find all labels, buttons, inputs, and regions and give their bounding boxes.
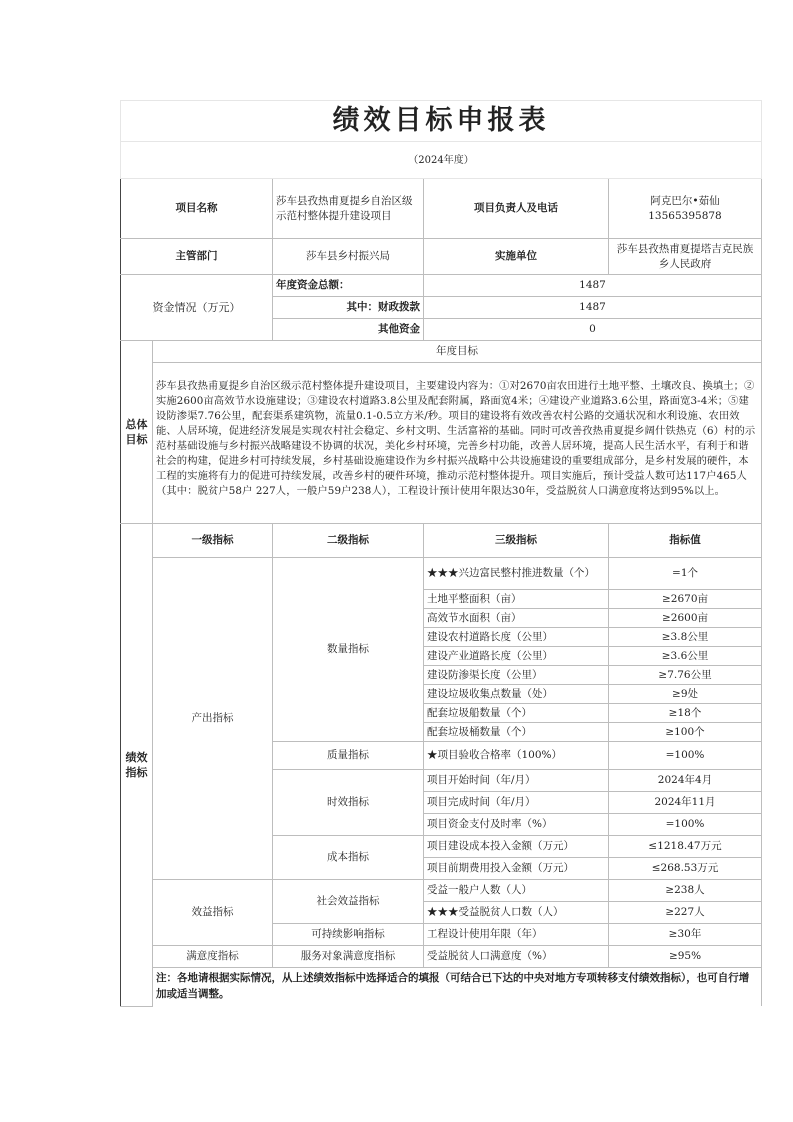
indicator-value: =100% (609, 814, 762, 836)
level2-sustainable: 可持续影响指标 (273, 924, 424, 946)
project-name-value: 莎车县孜热甫夏提乡自治区级示范村整体提升建设项目 (273, 179, 424, 239)
annual-goal-text: 莎车县孜热甫夏提乡自治区级示范村整体提升建设项目，主要建设内容为：①对2670亩… (153, 363, 762, 524)
form-table: 绩效目标申报表 （2024年度） 项目名称 莎车县孜热甫夏提乡自治区级示范村整体… (120, 100, 762, 1007)
indicator-value: ≥2670亩 (609, 590, 762, 609)
funds-total-label: 年度资金总额： (273, 275, 424, 297)
indicator-value: ≥100个 (609, 723, 762, 742)
indicator-name: 配套垃圾桶数量（个） (424, 723, 609, 742)
indicator-value: ≥238人 (609, 880, 762, 902)
level1-benefit: 效益指标 (153, 880, 273, 946)
indicator-value: ≥95% (609, 946, 762, 968)
project-leader-label: 项目负责人及电话 (424, 179, 609, 239)
indicator-value: ≥30年 (609, 924, 762, 946)
project-name-label: 项目名称 (121, 179, 273, 239)
header-level1: 一级指标 (153, 524, 273, 558)
indicator-name: 配套垃圾船数量（个） (424, 704, 609, 723)
indicator-name: 项目前期费用投入金额（万元） (424, 858, 609, 880)
indicator-name: 受益脱贫人口满意度（%） (424, 946, 609, 968)
annual-goal-header: 年度目标 (153, 341, 762, 363)
indicator-name: 项目完成时间（年/月） (424, 792, 609, 814)
indicator-name: ★★★受益脱贫人口数（人） (424, 902, 609, 924)
indicator-name: ★★★兴边富民整村推进数量（个） (424, 558, 609, 590)
impl-unit-label: 实施单位 (424, 239, 609, 275)
indicator-name: 项目建设成本投入金额（万元） (424, 836, 609, 858)
header-level3: 三级指标 (424, 524, 609, 558)
form-year: （2024年度） (121, 142, 762, 179)
indicator-name: 土地平整面积（亩） (424, 590, 609, 609)
level2-quality: 质量指标 (273, 742, 424, 770)
funds-other-value: 0 (424, 319, 762, 341)
indicator-name: 建设垃圾收集点数量（处） (424, 685, 609, 704)
level2-social: 社会效益指标 (273, 880, 424, 924)
level2-timeliness: 时效指标 (273, 770, 424, 836)
indicator-name: 建设产业道路长度（公里） (424, 647, 609, 666)
indicator-value: ≥3.8公里 (609, 628, 762, 647)
funds-fiscal-label: 其中：财政拨款 (273, 297, 424, 319)
dept-label: 主管部门 (121, 239, 273, 275)
indicator-value: ≤1218.47万元 (609, 836, 762, 858)
indicator-value: ≥3.6公里 (609, 647, 762, 666)
dept-value: 莎车县乡村振兴局 (273, 239, 424, 275)
funds-other-label: 其他资金 (273, 319, 424, 341)
indicator-value: =100% (609, 742, 762, 770)
header-value: 指标值 (609, 524, 762, 558)
funds-label: 资金情况（万元） (121, 275, 273, 341)
indicator-value: ≥9处 (609, 685, 762, 704)
level1-output: 产出指标 (153, 558, 273, 880)
indicator-name: 工程设计使用年限（年） (424, 924, 609, 946)
indicator-value: ≥227人 (609, 902, 762, 924)
form-title: 绩效目标申报表 (121, 101, 762, 142)
level2-quantity: 数量指标 (273, 558, 424, 742)
level1-satisfaction: 满意度指标 (153, 946, 273, 968)
indicator-value: ≥2600亩 (609, 609, 762, 628)
indicator-value: 2024年4月 (609, 770, 762, 792)
leader-name: 阿克巴尔•茹仙 (612, 194, 758, 209)
indicator-name: 项目资金支付及时率（%） (424, 814, 609, 836)
leader-phone: 13565395878 (612, 209, 758, 224)
form-note: 注：各地请根据实际情况，从上述绩效指标中选择适合的填报（可结合已下达的中央对地方… (153, 968, 762, 1007)
indicator-value: =1个 (609, 558, 762, 590)
project-leader-value: 阿克巴尔•茹仙 13565395878 (609, 179, 762, 239)
indicator-value: ≥18个 (609, 704, 762, 723)
funds-fiscal-value: 1487 (424, 297, 762, 319)
level2-cost: 成本指标 (273, 836, 424, 880)
indicator-name: 建设农村道路长度（公里） (424, 628, 609, 647)
indicator-name: 受益一般户人数（人） (424, 880, 609, 902)
performance-indicator-label: 绩效指标 (121, 524, 153, 1007)
header-level2: 二级指标 (273, 524, 424, 558)
indicator-name: 建设防渗渠长度（公里） (424, 666, 609, 685)
funds-total-value: 1487 (424, 275, 762, 297)
overall-goal-label: 总体目标 (121, 341, 153, 524)
performance-target-form: 绩效目标申报表 （2024年度） 项目名称 莎车县孜热甫夏提乡自治区级示范村整体… (120, 100, 761, 1007)
indicator-value: 2024年11月 (609, 792, 762, 814)
indicator-name: 高效节水面积（亩） (424, 609, 609, 628)
impl-unit-value: 莎车县孜热甫夏提塔吉克民族乡人民政府 (609, 239, 762, 275)
indicator-value: ≥7.76公里 (609, 666, 762, 685)
indicator-name: 项目开始时间（年/月） (424, 770, 609, 792)
indicator-name: ★项目验收合格率（100%） (424, 742, 609, 770)
indicator-value: ≤268.53万元 (609, 858, 762, 880)
level2-service: 服务对象满意度指标 (273, 946, 424, 968)
